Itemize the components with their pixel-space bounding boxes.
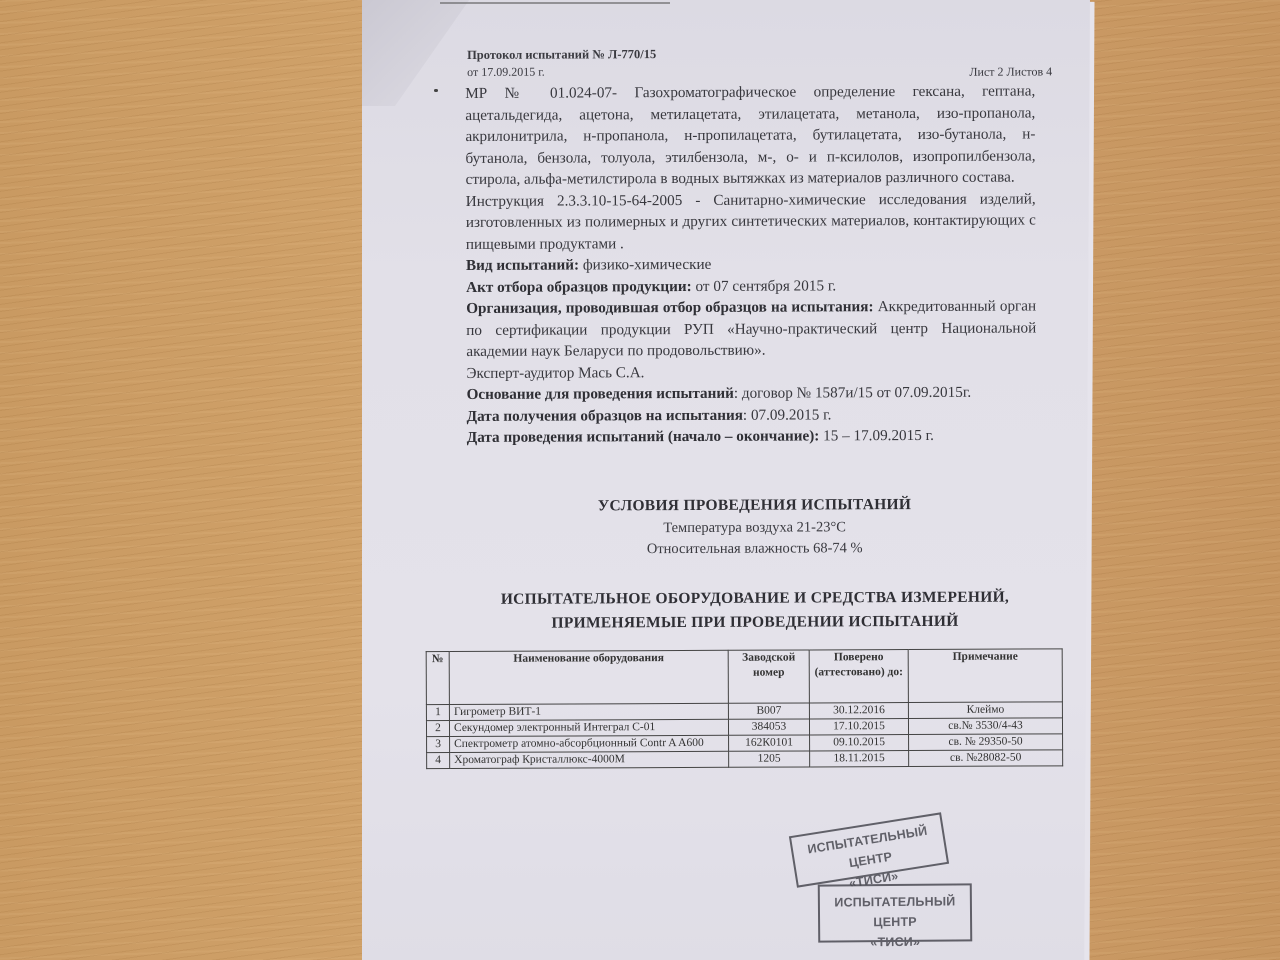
field-label: Вид испытаний: (466, 256, 579, 273)
field-expert: Эксперт-аудитор Мась С.А. (466, 360, 1036, 384)
table-header-row: № Наименование оборудования Заводской но… (426, 649, 1062, 705)
cell-number: 3 (427, 737, 450, 753)
conditions-title: УСЛОВИЯ ПРОВЕДЕНИЯ ИСПЫТАНИЙ (457, 495, 1052, 516)
cell-serial: 162К0101 (729, 735, 810, 751)
protocol-date: от 17.09.2015 г. (467, 65, 545, 80)
field-label: Дата проведения испытаний (начало – окон… (467, 427, 820, 446)
field-label: Акт отбора образцов продукции: (466, 277, 692, 295)
method-instruction: Инструкция 2.3.3.10-15-64-2005 - Санитар… (466, 188, 1036, 255)
field-test-type: Вид испытаний: физико-химические (466, 252, 1036, 276)
field-label: Основание для проведения испытаний (467, 385, 734, 403)
cell-note: св.№ 3530/4-43 (908, 718, 1062, 735)
sheet-number: Лист 2 Листов 4 (969, 64, 1052, 79)
field-sampling-org: Организация, проводившая отбор образцов … (466, 295, 1036, 362)
cell-name: Гигрометр ВИТ-1 (449, 703, 728, 720)
column-header-number: № (426, 652, 449, 705)
field-receipt-date: Дата получения образцов на испытания: 07… (467, 403, 1037, 427)
cell-name: Хроматограф Кристаллюкс-4000М (450, 751, 729, 768)
cell-note: св. № 29350-50 (909, 734, 1063, 751)
cell-number: 2 (426, 721, 449, 737)
cell-serial: 1205 (729, 751, 810, 767)
field-value: физико-химические (579, 256, 711, 274)
page-edge-shadow (440, 2, 670, 4)
ink-dot (434, 89, 438, 92)
cell-name: Секундомер электронный Интеграл С-01 (449, 719, 728, 736)
column-header-serial: Заводской номер (728, 650, 809, 703)
cell-note: Клеймо (908, 702, 1062, 719)
equipment-title-line1: ИСПЫТАТЕЛЬНОЕ ОБОРУДОВАНИЕ И СРЕДСТВА ИЗ… (442, 585, 1067, 612)
cell-verified-until: 09.10.2015 (810, 735, 909, 751)
column-header-verified: Поверено (аттестовано) до: (809, 650, 908, 703)
equipment-title: ИСПЫТАТЕЛЬНОЕ ОБОРУДОВАНИЕ И СРЕДСТВА ИЗ… (442, 585, 1067, 636)
table-row: 4Хроматограф Кристаллюкс-4000М120518.11.… (427, 750, 1063, 769)
field-test-period: Дата проведения испытаний (начало – окон… (467, 424, 1037, 448)
method-mr: МР № 01.024-07- Газохроматографическое о… (465, 80, 1035, 190)
stamp-line2: «ТИСИ» (820, 931, 970, 952)
field-sampling-act: Акт отбора образцов продукции: от 07 сен… (466, 274, 1036, 298)
protocol-title: Протокол испытаний № Л-770/15 (467, 47, 656, 63)
stamp-line1: ИСПЫТАТЕЛЬНЫЙ ЦЕНТР (820, 891, 970, 932)
cell-name: Спектрометр атомно-абсорбционный Contr A… (450, 735, 729, 752)
humidity: Относительная влажность 68-74 % (457, 537, 1052, 561)
equipment-title-line2: ПРИМЕНЯЕМЫЕ ПРИ ПРОВЕДЕНИИ ИСПЫТАНИЙ (442, 609, 1067, 636)
cell-number: 4 (427, 753, 450, 769)
column-header-note: Примечание (908, 649, 1062, 703)
cell-number: 1 (426, 705, 449, 721)
stamp-testing-center: ИСПЫТАТЕЛЬНЫЙ ЦЕНТР «ТИСИ» (818, 883, 973, 942)
cell-verified-until: 18.11.2015 (810, 751, 909, 767)
field-value: 15 – 17.09.2015 г. (819, 427, 934, 444)
cell-verified-until: 30.12.2016 (809, 703, 908, 719)
field-value: от 07 сентября 2015 г. (692, 277, 836, 295)
temperature: Температура воздуха 21-23°С (457, 516, 1052, 540)
cell-serial: В007 (728, 703, 809, 719)
protocol-body: МР № 01.024-07- Газохроматографическое о… (465, 80, 1037, 448)
field-label: Организация, проводившая отбор образцов … (466, 298, 873, 317)
field-label: Дата получения образцов на испытания (467, 406, 743, 424)
cell-serial: 384053 (728, 719, 809, 735)
equipment-table: № Наименование оборудования Заводской но… (426, 648, 1064, 769)
cell-verified-until: 17.10.2015 (809, 719, 908, 735)
column-header-name: Наименование оборудования (449, 650, 728, 704)
field-value: : 07.09.2015 г. (743, 406, 832, 423)
field-basis: Основание для проведения испытаний: дого… (467, 381, 1037, 405)
cell-note: св. №28082-50 (909, 750, 1063, 767)
field-value: : договор № 1587и/15 от 07.09.2015г. (734, 384, 971, 402)
test-conditions: УСЛОВИЯ ПРОВЕДЕНИЯ ИСПЫТАНИЙ Температура… (457, 495, 1052, 561)
